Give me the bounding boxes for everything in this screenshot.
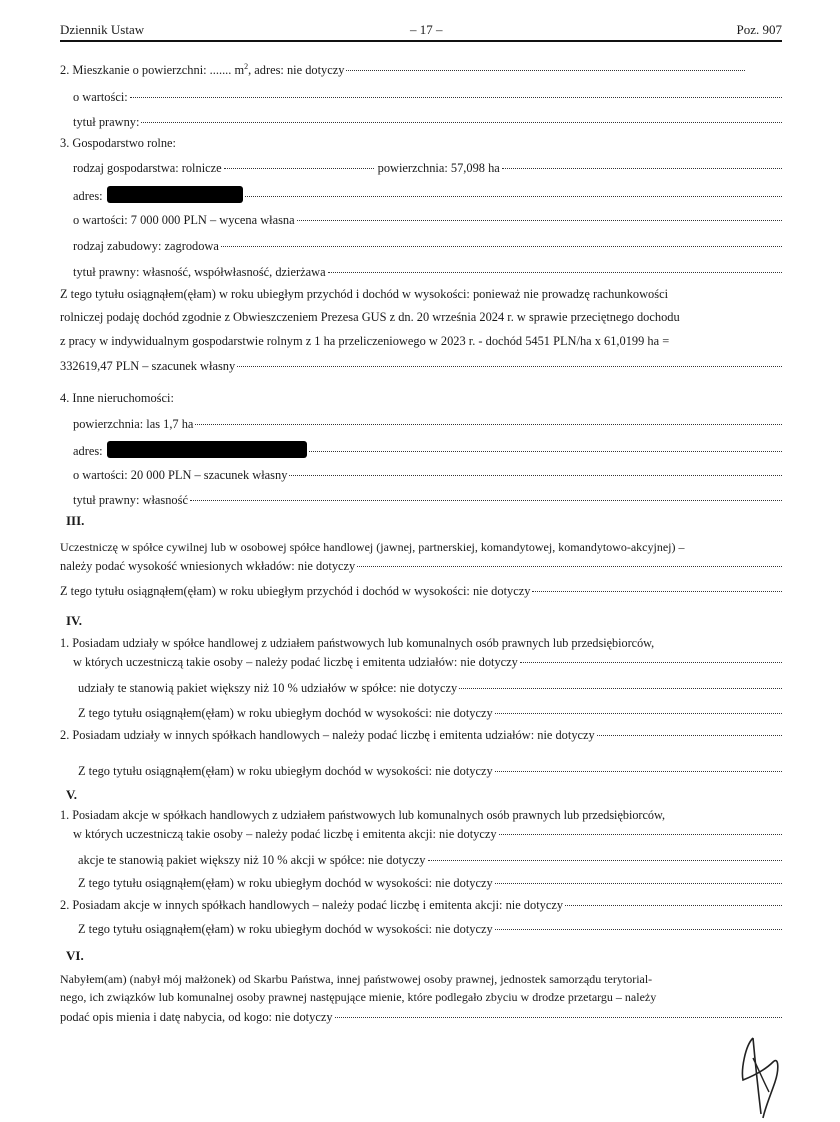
section-v-heading: V. — [66, 787, 77, 803]
shares-income: Z tego tytułu osiągnąłem(ęłam) w roku ub… — [78, 704, 493, 722]
position-number: Poz. 907 — [737, 22, 783, 38]
apartment-value-label: o wartości: — [73, 88, 128, 106]
farm-legal-title: tytuł prawny: własność, współwłasność, d… — [73, 263, 326, 281]
dotted-leader — [565, 891, 782, 906]
section-iv-heading: IV. — [66, 613, 82, 629]
farm-income-text: rolniczej podaję dochód zgodnie z Obwies… — [60, 308, 680, 326]
farm-income-text: Z tego tytułu osiągnąłem(ęłam) w roku ub… — [60, 285, 668, 303]
farm-income-line-3: z pracy w indywidualnym gospodarstwie ro… — [60, 332, 782, 350]
other-shares: 2. Posiadam udziały w innych spółkach ha… — [60, 726, 595, 744]
other-shares-income: Z tego tytułu osiągnąłem(ęłam) w roku ub… — [78, 762, 493, 780]
farm-income-line-1: Z tego tytułu osiągnąłem(ęłam) w roku ub… — [60, 285, 782, 303]
other-property-title-line: tytuł prawny: własność — [73, 489, 782, 507]
dotted-leader — [297, 206, 782, 221]
section-v-item2-income-line: Z tego tytułu osiągnąłem(ęłam) w roku ub… — [78, 918, 782, 936]
farm-income-line-4: 332619,47 PLN – szacunek własny — [60, 355, 782, 373]
other-stocks: 2. Posiadam akcje w innych spółkach hand… — [60, 896, 563, 914]
section-iii-heading: III. — [66, 513, 84, 529]
section-iv-income-line: Z tego tytułu osiągnąłem(ęłam) w roku ub… — [78, 702, 782, 720]
farm-income-text: z pracy w indywidualnym gospodarstwie ro… — [60, 332, 669, 350]
section-vi-line-1: Nabyłem(am) (nabył mój małżonek) od Skar… — [60, 970, 782, 988]
dotted-leader — [195, 410, 782, 425]
signature-icon — [735, 1030, 795, 1120]
apartment-address: , adres: nie dotyczy — [248, 63, 344, 77]
farm-heading: 3. Gospodarstwo rolne: — [60, 134, 782, 152]
declaration-page: Dziennik Ustaw – 17 – Poz. 907 2. Mieszk… — [0, 0, 840, 1122]
dotted-leader — [532, 577, 782, 592]
dotted-leader — [499, 820, 782, 835]
dotted-leader — [495, 699, 782, 714]
dotted-leader — [502, 154, 782, 169]
section-iv-item2-income-line: Z tego tytułu osiągnąłem(ęłam) w roku ub… — [78, 760, 782, 778]
section-iii-income-line: Z tego tytułu osiągnąłem(ęłam) w roku ub… — [60, 580, 782, 598]
dotted-leader — [335, 1003, 782, 1018]
farm-income-line-2: rolniczej podaję dochód zgodnie z Obwies… — [60, 308, 782, 326]
farm-type: rodzaj gospodarstwa: rolnicze — [73, 159, 222, 177]
section-vi-heading: VI. — [66, 948, 84, 964]
farm-value-line: o wartości: 7 000 000 PLN – wycena własn… — [73, 209, 782, 227]
section-iv-item2-line: 2. Posiadam udziały w innych spółkach ha… — [60, 724, 782, 742]
redacted-address — [107, 441, 307, 458]
other-property-area: powierzchnia: las 1,7 ha — [73, 415, 193, 433]
dotted-leader — [289, 461, 782, 476]
dotted-leader — [328, 258, 782, 273]
other-property-value-line: o wartości: 20 000 PLN – szacunek własny — [73, 464, 782, 482]
apartment-title-label: tytuł prawny: — [73, 113, 139, 131]
farm-address-line: adres: — [73, 183, 782, 201]
section-v-share-line: akcje te stanowią pakiet większy niż 10 … — [78, 849, 782, 867]
dotted-leader — [428, 846, 782, 861]
stocks-percent: akcje te stanowią pakiet większy niż 10 … — [78, 851, 426, 869]
dotted-leader — [224, 154, 374, 169]
shares-percent: udziały te stanowią pakiet większy niż 1… — [78, 679, 457, 697]
dotted-leader — [141, 108, 782, 123]
journal-name: Dziennik Ustaw — [60, 22, 144, 38]
shares-count: w których uczestniczą takie osoby – nale… — [73, 653, 518, 671]
farm-buildings-line: rodzaj zabudowy: zagrodowa — [73, 235, 782, 253]
farm-address-label: adres: — [73, 187, 103, 205]
farm-value: o wartości: 7 000 000 PLN – wycena własn… — [73, 211, 295, 229]
apartment-value-line: o wartości: — [73, 86, 782, 104]
other-stocks-income: Z tego tytułu osiągnąłem(ęłam) w roku ub… — [78, 920, 493, 938]
stocks-count: w których uczestniczą takie osoby – nale… — [73, 825, 497, 843]
dotted-leader — [597, 721, 782, 736]
acquisition-text: podać opis mienia i datę nabycia, od kog… — [60, 1008, 333, 1026]
section-v-item2-line: 2. Posiadam akcje w innych spółkach hand… — [60, 894, 782, 912]
other-property-address-label: adres: — [73, 442, 103, 460]
dotted-leader — [495, 757, 782, 772]
apartment-label: 2. Mieszkanie o powierzchni: ....... m — [60, 63, 244, 77]
dotted-leader — [190, 486, 782, 501]
other-property-area-line: powierzchnia: las 1,7 ha — [73, 413, 782, 431]
other-property-legal-title: tytuł prawny: własność — [73, 491, 188, 509]
farm-area: powierzchnia: 57,098 ha — [378, 159, 500, 177]
section-iv-item1-line2: w których uczestniczą takie osoby – nale… — [73, 651, 782, 669]
dotted-leader — [237, 352, 782, 367]
other-property-title: 4. Inne nieruchomości: — [60, 389, 174, 407]
dotted-leader — [520, 648, 782, 663]
dotted-leader — [459, 674, 782, 689]
farm-income-text: 332619,47 PLN – szacunek własny — [60, 357, 235, 375]
page-header: Dziennik Ustaw – 17 – Poz. 907 — [60, 18, 782, 42]
dotted-leader — [309, 437, 782, 452]
other-property-value: o wartości: 20 000 PLN – szacunek własny — [73, 466, 287, 484]
section-iv-share-line: udziały te stanowią pakiet większy niż 1… — [78, 677, 782, 695]
stocks-income: Z tego tytułu osiągnąłem(ęłam) w roku ub… — [78, 874, 493, 892]
section-vi-line-3: podać opis mienia i datę nabycia, od kog… — [60, 1006, 782, 1024]
redacted-address — [107, 186, 243, 203]
section-v-income-line: Z tego tytułu osiągnąłem(ęłam) w roku ub… — [78, 872, 782, 890]
dotted-leader — [245, 182, 782, 197]
farm-title: 3. Gospodarstwo rolne: — [60, 134, 176, 152]
section-iii-line-2: należy podać wysokość wniesionych wkładó… — [60, 555, 782, 573]
dotted-leader — [495, 915, 782, 930]
dotted-leader — [130, 83, 782, 98]
dotted-leader — [495, 869, 782, 884]
section-v-item1-line2: w których uczestniczą takie osoby – nale… — [73, 823, 782, 841]
farm-type-line: rodzaj gospodarstwa: rolniczepowierzchni… — [73, 157, 782, 175]
partnership-income: Z tego tytułu osiągnąłem(ęłam) w roku ub… — [60, 582, 530, 600]
other-property-heading: 4. Inne nieruchomości: — [60, 389, 782, 407]
apartment-line: 2. Mieszkanie o powierzchni: ....... m2,… — [60, 58, 745, 76]
page-number: – 17 – — [410, 22, 443, 38]
dotted-leader — [357, 552, 782, 567]
apartment-title-line: tytuł prawny: — [73, 111, 782, 129]
dotted-leader — [346, 56, 745, 71]
partnership-contribution: należy podać wysokość wniesionych wkładó… — [60, 557, 355, 575]
farm-buildings: rodzaj zabudowy: zagrodowa — [73, 237, 219, 255]
acquisition-text: Nabyłem(am) (nabył mój małżonek) od Skar… — [60, 970, 652, 988]
other-property-address-line: adres: — [73, 438, 782, 456]
dotted-leader — [221, 232, 782, 247]
farm-legal-title-line: tytuł prawny: własność, współwłasność, d… — [73, 261, 782, 279]
